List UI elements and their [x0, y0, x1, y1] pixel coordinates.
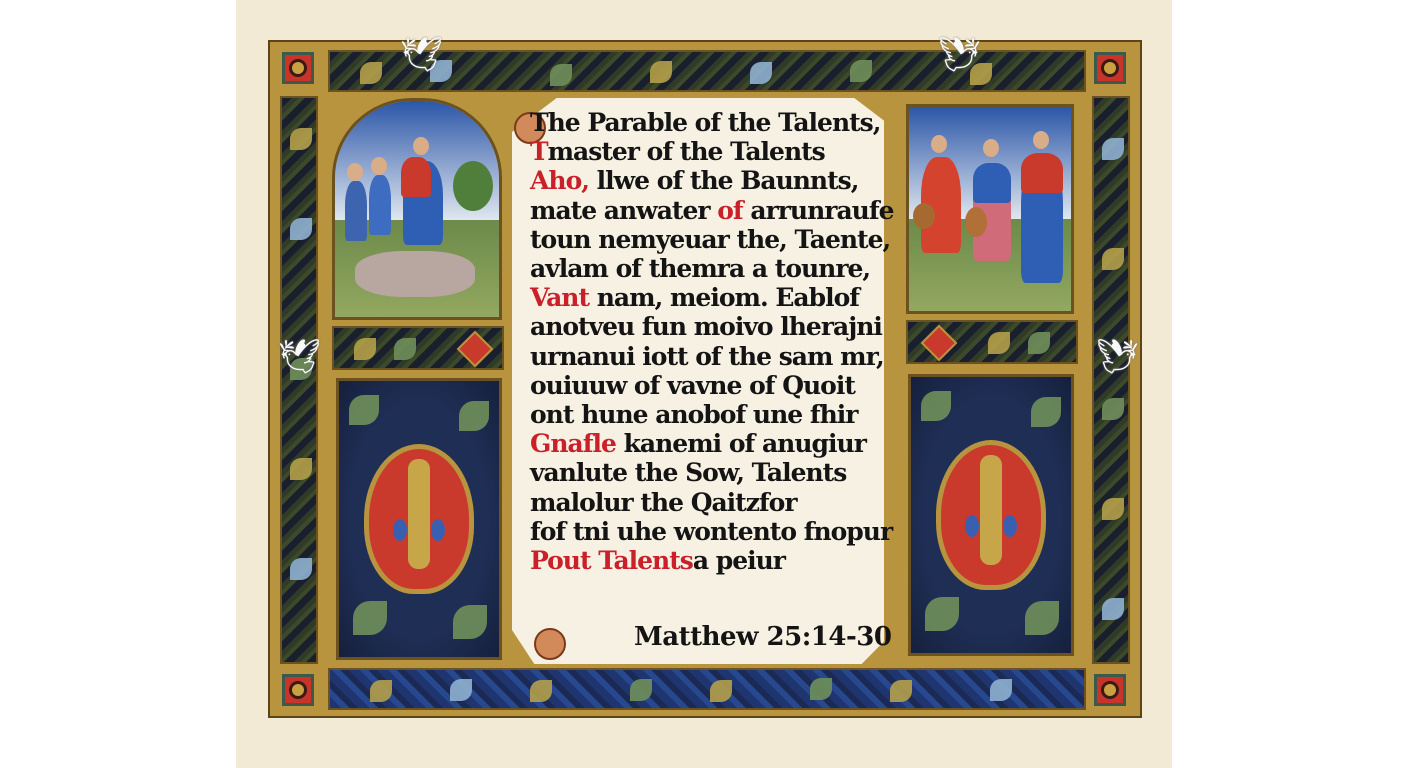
- text-line: ont hune anobof une fhir: [530, 400, 880, 429]
- scripture-reference: Matthew 25:14-30: [634, 622, 891, 652]
- corner-rosette-bottom-left: [282, 674, 314, 706]
- text-run: llwe of the Baunnts,: [589, 166, 858, 195]
- text-run: a peiur: [693, 546, 785, 575]
- scripture-text: The Parable of the Talents,Tmaster of th…: [530, 108, 880, 575]
- text-run: master of the Talents: [548, 137, 825, 166]
- text-run: fof tni uhe wontento fnopur: [530, 517, 892, 546]
- text-run: anotveu fun moivo lherajni: [530, 312, 882, 341]
- dove-icon: 🕊: [278, 340, 321, 374]
- text-line: ouiuuw of vavne of Quoit: [530, 371, 880, 400]
- text-line: urnanui iott of the sam mr,: [530, 342, 880, 371]
- rubric-word: Vant: [530, 283, 589, 312]
- ornament-panel-right: [906, 320, 1078, 364]
- text-run: ont hune anobof une fhir: [530, 400, 857, 429]
- text-line: malolur the Qaitzfor: [530, 488, 880, 517]
- corner-rosette-top-right: [1094, 52, 1126, 84]
- rubric-word: of: [717, 196, 742, 225]
- text-line: mate anwater of arrunraufe: [530, 196, 880, 225]
- bottom-border-band: [328, 668, 1086, 710]
- text-run: avlam of themra a tounre,: [530, 254, 870, 283]
- text-line: The Parable of the Talents,: [530, 108, 880, 137]
- text-line: Tmaster of the Talents: [530, 137, 880, 166]
- ornament-panel-left: [332, 326, 504, 370]
- text-line: Pout Talentsa peiur: [530, 546, 880, 575]
- text-run: toun nemyeuar the, Taente,: [530, 225, 890, 254]
- pomegranate-medallion-left: [336, 378, 502, 660]
- text-run: urnanui iott of the sam mr,: [530, 342, 884, 371]
- rubric-word: T: [530, 137, 548, 166]
- text-line: Vant nam, meiom. Eablof: [530, 283, 880, 312]
- rubric-word: Pout Talents: [530, 546, 693, 575]
- pomegranate-medallion-right: [908, 374, 1074, 656]
- text-line: toun nemyeuar the, Taente,: [530, 225, 880, 254]
- text-line: anotveu fun moivo lherajni: [530, 312, 880, 341]
- left-border-band: [280, 96, 318, 664]
- text-line: Aho, llwe of the Baunnts,: [530, 166, 880, 195]
- miniature-master-on-horseback: [332, 98, 502, 320]
- corner-rosette-top-left: [282, 52, 314, 84]
- flourish-icon: [534, 628, 566, 660]
- dove-icon: 🕊: [400, 38, 443, 72]
- text-run: The Parable of the Talents,: [530, 108, 880, 137]
- text-run: ouiuuw of vavne of Quoit: [530, 371, 855, 400]
- right-border-band: [1092, 96, 1130, 664]
- rubric-word: Aho,: [530, 166, 589, 195]
- text-line: fof tni uhe wontento fnopur: [530, 517, 880, 546]
- dove-icon: 🕊: [938, 38, 981, 72]
- rubric-word: Gnafle: [530, 429, 616, 458]
- text-line: vanlute the Sow, Talents: [530, 458, 880, 487]
- text-run: malolur the Qaitzfor: [530, 488, 797, 517]
- text-line: avlam of themra a tounre,: [530, 254, 880, 283]
- text-run: kanemi of anugiur: [616, 429, 866, 458]
- text-run: vanlute the Sow, Talents: [530, 458, 846, 487]
- miniature-three-servants: [906, 104, 1074, 314]
- text-line: Gnafle kanemi of anugiur: [530, 429, 880, 458]
- corner-rosette-bottom-right: [1094, 674, 1126, 706]
- dove-icon: 🕊: [1096, 340, 1139, 374]
- text-run: arrunraufe: [743, 196, 894, 225]
- text-run: nam, meiom. Eablof: [589, 283, 859, 312]
- text-run: mate anwater: [530, 196, 717, 225]
